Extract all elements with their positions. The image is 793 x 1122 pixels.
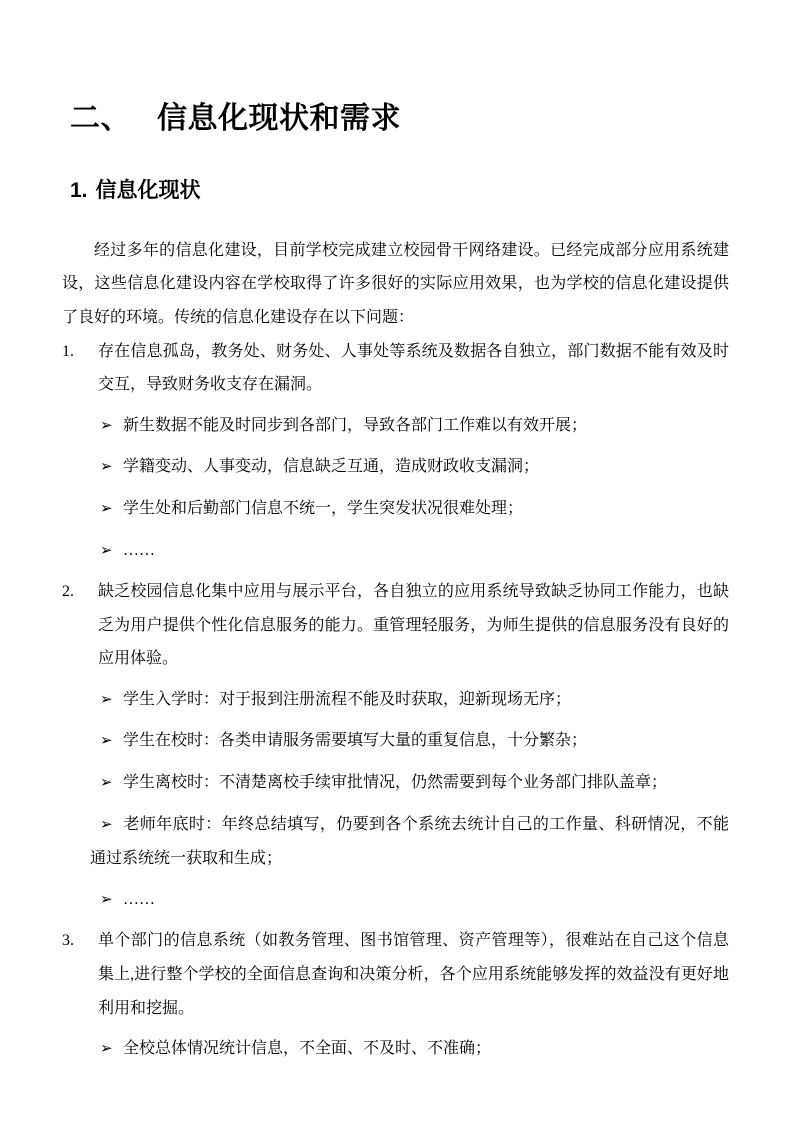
numbered-item-3: 3. 单个部门的信息系统（如教务管理、图书馆管理、资产管理等），很难站在自己这个…: [62, 924, 729, 1066]
bullet-item: ➢老师年底时：年终总结填写，仍要到各个系统去统计自己的工作量、科研情况，不能通过…: [90, 808, 729, 876]
bullet-list: ➢全校总体情况统计信息，不全面、不及时、不准确；: [90, 1032, 729, 1067]
arrow-bullet-icon: ➢: [100, 684, 123, 718]
item-text: 单个部门的信息系统（如教务管理、图书馆管理、资产管理等），很难站在自己这个信息集…: [98, 924, 729, 1025]
bullet-item: ➢学生处和后勤部门信息不统一，学生突发状况很难处理；: [90, 492, 729, 527]
bullet-item: ➢学生在校时：各类申请服务需要填写大量的重复信息，十分繁杂；: [90, 724, 729, 759]
arrow-bullet-icon: ➢: [100, 809, 123, 843]
bullet-text: 学生入学时：对于报到注册流程不能及时获取，迎新现场无序；: [123, 691, 571, 708]
arrow-bullet-icon: ➢: [100, 1033, 123, 1067]
bullet-item: ➢新生数据不能及时同步到各部门，导致各部门工作难以有效开展；: [90, 409, 729, 444]
item-number: 1.: [62, 335, 74, 369]
bullet-item: ➢……: [90, 883, 729, 918]
arrow-bullet-icon: ➢: [100, 410, 123, 444]
bullet-item: ➢全校总体情况统计信息，不全面、不及时、不准确；: [90, 1032, 729, 1067]
item-text: 存在信息孤岛，教务处、财务处、人事处等系统及数据各自独立，部门数据不能有效及时交…: [98, 335, 729, 402]
arrow-bullet-icon: ➢: [100, 451, 123, 485]
bullet-text: 学生处和后勤部门信息不统一，学生突发状况很难处理；: [123, 500, 523, 517]
bullet-text: ……: [123, 891, 155, 908]
numbered-item-1: 1. 存在信息孤岛，教务处、财务处、人事处等系统及数据各自独立，部门数据不能有效…: [62, 335, 729, 569]
bullet-text: ……: [123, 542, 155, 559]
bullet-item: ➢学生离校时：不清楚离校手续审批情况，仍然需要到每个业务部门排队盖章；: [90, 766, 729, 801]
section-number: 二、: [70, 102, 131, 135]
section-heading: 二、信息化现状和需求: [70, 100, 729, 138]
intro-paragraph: 经过多年的信息化建设，目前学校完成建立校园骨干网络建设。已经完成部分应用系统建设…: [62, 234, 729, 335]
section-title: 信息化现状和需求: [157, 102, 401, 135]
arrow-bullet-icon: ➢: [100, 493, 123, 527]
arrow-bullet-icon: ➢: [100, 725, 123, 759]
item-number: 3.: [62, 924, 74, 958]
bullet-item: ➢学籍变动、人事变动，信息缺乏互通，造成财政收支漏洞；: [90, 450, 729, 485]
arrow-bullet-icon: ➢: [100, 535, 123, 569]
bullet-text: 老师年底时：年终总结填写，仍要到各个系统去统计自己的工作量、科研情况，不能通过系…: [90, 816, 729, 868]
bullet-item: ➢……: [90, 534, 729, 569]
item-text: 缺乏校园信息化集中应用与展示平台，各自独立的应用系统导致缺乏协同工作能力，也缺乏…: [98, 575, 729, 676]
subsection-title: 信息化现状: [96, 179, 201, 202]
bullet-list: ➢新生数据不能及时同步到各部门，导致各部门工作难以有效开展； ➢学籍变动、人事变…: [90, 409, 729, 568]
arrow-bullet-icon: ➢: [100, 767, 123, 801]
document-page: 二、信息化现状和需求 1.信息化现状 经过多年的信息化建设，目前学校完成建立校园…: [0, 0, 793, 1122]
arrow-bullet-icon: ➢: [100, 884, 123, 918]
subsection-heading: 1.信息化现状: [70, 178, 729, 204]
subsection-number: 1.: [70, 179, 88, 202]
bullet-list: ➢学生入学时：对于报到注册流程不能及时获取，迎新现场无序； ➢学生在校时：各类申…: [90, 683, 729, 918]
bullet-text: 学生在校时：各类申请服务需要填写大量的重复信息，十分繁杂；: [123, 732, 587, 749]
bullet-text: 学生离校时：不清楚离校手续审批情况，仍然需要到每个业务部门排队盖章；: [123, 774, 667, 791]
bullet-text: 学籍变动、人事变动，信息缺乏互通，造成财政收支漏洞；: [123, 458, 539, 475]
numbered-item-2: 2. 缺乏校园信息化集中应用与展示平台，各自独立的应用系统导致缺乏协同工作能力，…: [62, 575, 729, 917]
item-number: 2.: [62, 575, 74, 609]
bullet-text: 全校总体情况统计信息，不全面、不及时、不准确；: [123, 1040, 491, 1057]
bullet-item: ➢学生入学时：对于报到注册流程不能及时获取，迎新现场无序；: [90, 683, 729, 718]
bullet-text: 新生数据不能及时同步到各部门，导致各部门工作难以有效开展；: [123, 417, 587, 434]
